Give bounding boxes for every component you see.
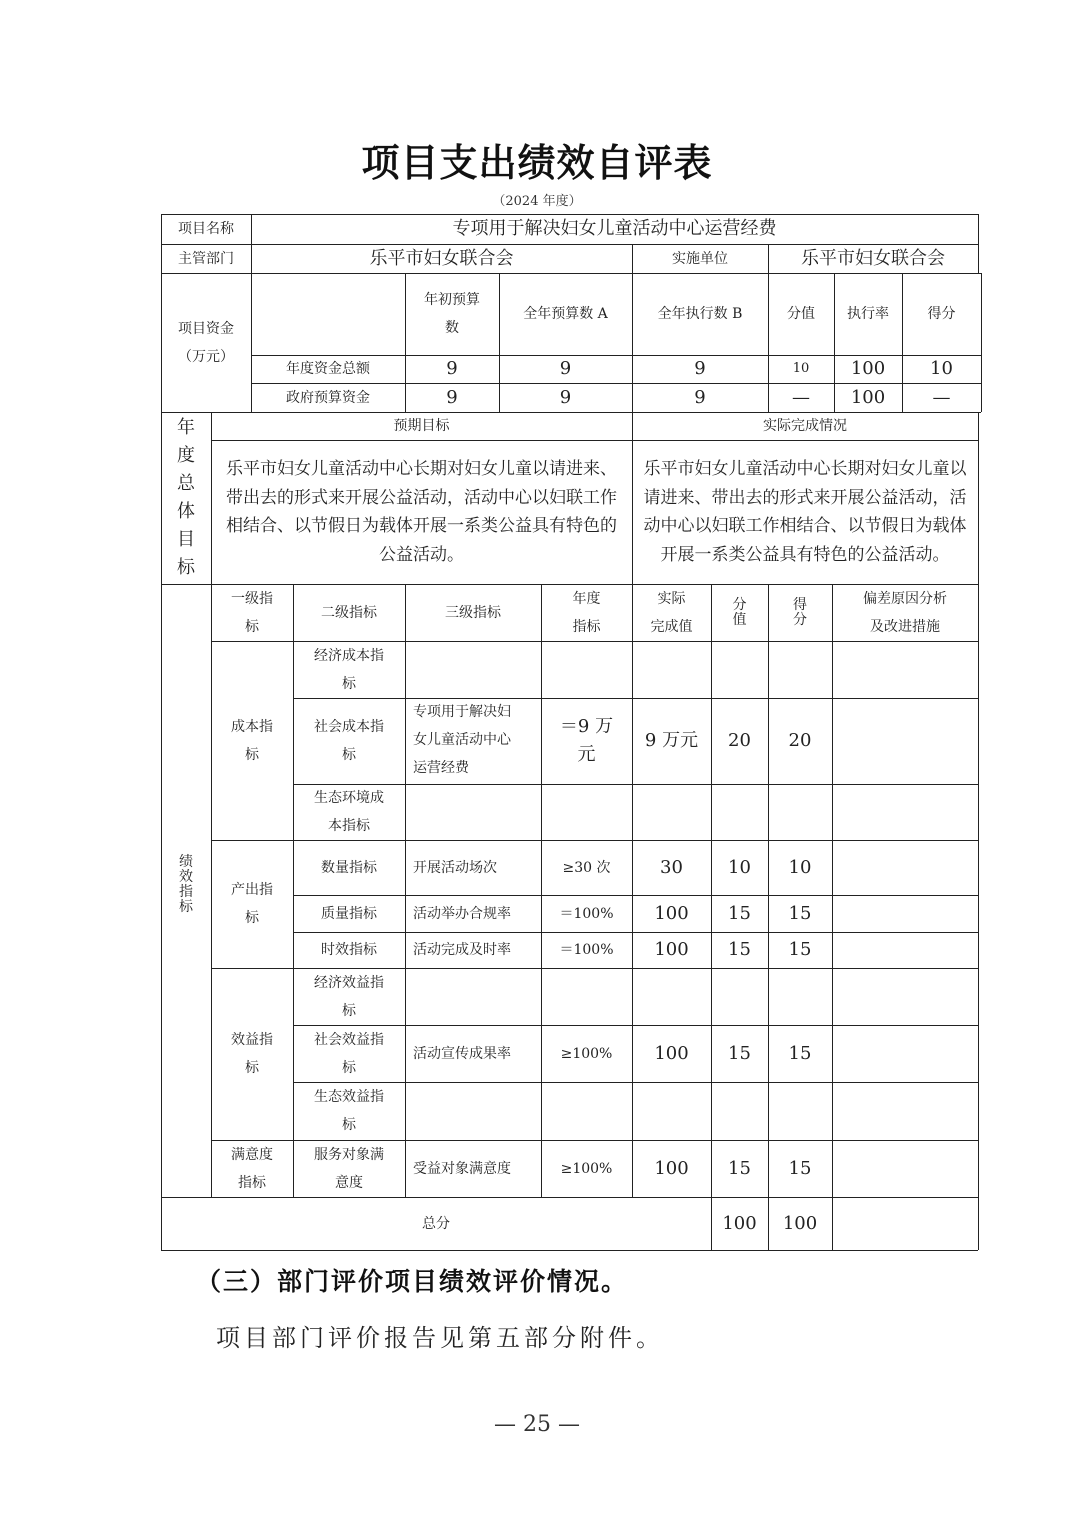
indicator-score [768,641,832,698]
indicator-level3 [405,1082,541,1140]
table-rule-vertical [405,273,406,412]
header-score: 得分 [768,584,832,641]
indicator-annual-target: ＝100% [541,932,632,968]
indicator-actual-value: 100 [632,1140,711,1197]
table-rule-vertical [768,273,769,412]
indicator-deviation [832,968,978,1025]
indicator-actual-value: 100 [632,895,711,932]
table-rule-horizontal [211,840,978,841]
table-rule-horizontal [161,273,981,274]
table-rule-horizontal [161,1250,978,1251]
table-rule-vertical [978,214,979,273]
header-level2: 二级指标 [293,584,405,641]
header-deviation: 偏差原因分析及改进措施 [832,584,978,641]
project-name-label: 项目名称 [161,214,251,244]
indicator-annual-target: ≥30 次 [541,840,632,895]
indicator-score [768,968,832,1025]
indicator-deviation [832,784,978,840]
indicator-level3: 开展活动场次 [405,840,541,895]
indicator-deviation [832,932,978,968]
indicator-annual-target [541,1082,632,1140]
table-rule-vertical [251,214,252,412]
funding-row-name: 年度资金总额 [251,355,405,383]
table-rule-vertical [902,273,903,412]
project-name-value: 专项用于解决妇女儿童活动中心运营经费 [251,214,978,244]
funding-score: — [902,383,981,412]
funding-exec-rate: 100 [834,383,902,412]
indicator-level2: 时效指标 [293,932,405,968]
indicator-annual-target: ≥100% [541,1140,632,1197]
indicator-level2: 社会效益指标 [293,1025,405,1082]
total-label: 总分 [161,1197,711,1250]
indicator-level3 [405,641,541,698]
funding-label: 项目资金（万元） [161,273,251,412]
funding-header-1: 全年预算数 A [499,273,632,355]
indicator-actual-value: 9 万元 [632,698,711,784]
actual-status-header: 实际完成情况 [632,412,978,440]
indicator-score-value: 10 [711,840,768,895]
expected-goal-header: 预期目标 [211,412,632,440]
indicator-section-label: 绩效指标 [161,840,211,930]
indicator-score: 10 [768,840,832,895]
indicator-score-value: 15 [711,895,768,932]
indicator-annual-target: ＝9 万元 [541,698,632,784]
table-rule-vertical [981,273,982,412]
indicator-score: 15 [768,1025,832,1082]
table-rule-vertical [711,584,712,1250]
table-rule-vertical [768,584,769,1250]
year-note: （2024 年度） [0,190,1074,209]
indicator-score-value [711,1082,768,1140]
indicator-deviation [832,895,978,932]
table-rule-horizontal [293,895,978,896]
indicator-annual-target: ≥100% [541,1025,632,1082]
indicator-annual-target [541,641,632,698]
impl-value: 乐平市妇女联合会 [768,244,978,273]
table-rule-horizontal [293,1082,978,1083]
actual-status-text: 乐平市妇女儿童活动中心长期对妇女儿童以请进来、带出去的形式来开展公益活动，活动中… [632,440,978,584]
table-rule-horizontal [211,1140,978,1141]
indicator-score-value [711,968,768,1025]
indicator-score: 15 [768,895,832,932]
table-rule-horizontal [211,641,978,642]
table-rule-vertical [768,244,769,273]
total-deviation [832,1197,978,1250]
indicator-score: 20 [768,698,832,784]
page-title: 项目支出绩效自评表 [0,132,1074,187]
page-number: — 25 — [0,1412,1074,1437]
indicator-actual-value [632,1082,711,1140]
funding-initial: 9 [405,355,499,383]
funding-header-initial: 年初预算数 [405,273,499,355]
funding-budget-a: 9 [499,383,632,412]
indicator-deviation [832,1140,978,1197]
indicator-score-value: 15 [711,932,768,968]
table-rule-vertical [499,273,500,412]
indicator-level3: 活动宣传成果率 [405,1025,541,1082]
table-rule-horizontal [293,1025,978,1026]
funding-initial: 9 [405,383,499,412]
indicator-level2: 社会成本指标 [293,698,405,784]
indicator-level3 [405,968,541,1025]
indicator-score-value [711,641,768,698]
indicator-actual-value: 100 [632,932,711,968]
indicator-score [768,1082,832,1140]
total-score: 100 [768,1197,832,1250]
funding-exec-b: 9 [632,355,768,383]
funding-score: 10 [902,355,981,383]
indicator-score-value: 15 [711,1025,768,1082]
table-rule-vertical [834,273,835,412]
indicator-actual-value: 100 [632,1025,711,1082]
indicator-deviation [832,1082,978,1140]
table-rule-horizontal [211,968,978,969]
funding-header-5: 得分 [902,273,981,355]
indicator-level2: 经济成本指标 [293,641,405,698]
header-actual: 实际完成值 [632,584,711,641]
table-rule-vertical [832,584,833,1250]
indicator-actual-value [632,784,711,840]
dept-label: 主管部门 [161,244,251,273]
table-rule-horizontal [161,244,978,245]
indicator-group-level1: 效益指标 [211,968,293,1140]
indicator-actual-value [632,968,711,1025]
indicator-level2: 经济效益指标 [293,968,405,1025]
funding-header-2: 全年执行数 B [632,273,768,355]
funding-header-4: 执行率 [834,273,902,355]
funding-header-blank [251,273,405,355]
indicator-deviation [832,840,978,895]
table-rule-vertical [632,412,633,584]
funding-row-name: 政府预算资金 [251,383,405,412]
table-rule-vertical [632,584,633,1197]
impl-label: 实施单位 [632,244,768,273]
table-rule-vertical [211,412,212,1197]
total-score-value: 100 [711,1197,768,1250]
table-rule-vertical [541,584,542,1197]
table-rule-vertical [978,412,979,1250]
table-rule-horizontal [251,383,981,384]
funding-budget-a: 9 [499,355,632,383]
indicator-group-level1: 成本指标 [211,641,293,840]
indicator-level2: 生态效益指标 [293,1082,405,1140]
section-heading: （三）部门评价项目绩效评价情况。 [196,1262,628,1298]
indicator-deviation [832,698,978,784]
indicator-score: 15 [768,932,832,968]
indicator-actual-value [632,641,711,698]
table-rule-vertical [632,273,633,412]
indicator-annual-target: ＝100% [541,895,632,932]
funding-exec-b: 9 [632,383,768,412]
funding-score-value: — [768,383,834,412]
section-body: 项目部门评价报告见第五部分附件。 [216,1318,664,1353]
indicator-score-value: 15 [711,1140,768,1197]
indicator-annual-target [541,968,632,1025]
indicator-level3: 专项用于解决妇女儿童活动中心运营经费 [405,698,541,784]
indicator-score [768,784,832,840]
table-rule-horizontal [293,784,978,785]
indicator-annual-target [541,784,632,840]
table-rule-vertical [161,214,162,1250]
header-level1: 一级指标 [211,584,293,641]
indicator-score-value [711,784,768,840]
table-rule-horizontal [293,932,978,933]
indicator-score: 15 [768,1140,832,1197]
table-rule-horizontal [161,214,978,215]
header-annual: 年度指标 [541,584,632,641]
expected-goal-text: 乐平市妇女儿童活动中心长期对妇女儿童以请进来、带出去的形式来开展公益活动，活动中… [211,440,632,584]
table-rule-horizontal [293,698,978,699]
table-rule-vertical [632,244,633,273]
table-rule-horizontal [161,584,978,585]
table-rule-horizontal [251,355,981,356]
indicator-level3 [405,784,541,840]
indicator-level3: 活动举办合规率 [405,895,541,932]
header-score-value: 分值 [711,584,768,641]
indicator-level3: 活动完成及时率 [405,932,541,968]
indicator-level2: 质量指标 [293,895,405,932]
indicator-deviation [832,641,978,698]
funding-header-3: 分值 [768,273,834,355]
table-rule-vertical [405,584,406,1197]
indicator-level3: 受益对象满意度 [405,1140,541,1197]
indicator-group-level1: 产出指标 [211,840,293,968]
indicator-score-value: 20 [711,698,768,784]
funding-score-value: 10 [768,355,834,383]
table-rule-horizontal [211,440,978,441]
table-rule-horizontal [161,1197,978,1198]
indicator-level2: 生态环境成本指标 [293,784,405,840]
indicator-deviation [832,1025,978,1082]
table-rule-horizontal [161,412,981,413]
indicator-actual-value: 30 [632,840,711,895]
indicator-level2: 数量指标 [293,840,405,895]
funding-exec-rate: 100 [834,355,902,383]
annual-goal-label: 年度总体目标 [161,412,211,584]
indicator-level2: 服务对象满意度 [293,1140,405,1197]
header-level3: 三级指标 [405,584,541,641]
dept-value: 乐平市妇女联合会 [251,244,632,273]
table-rule-vertical [293,584,294,1197]
indicator-group-level1: 满意度指标 [211,1140,293,1197]
